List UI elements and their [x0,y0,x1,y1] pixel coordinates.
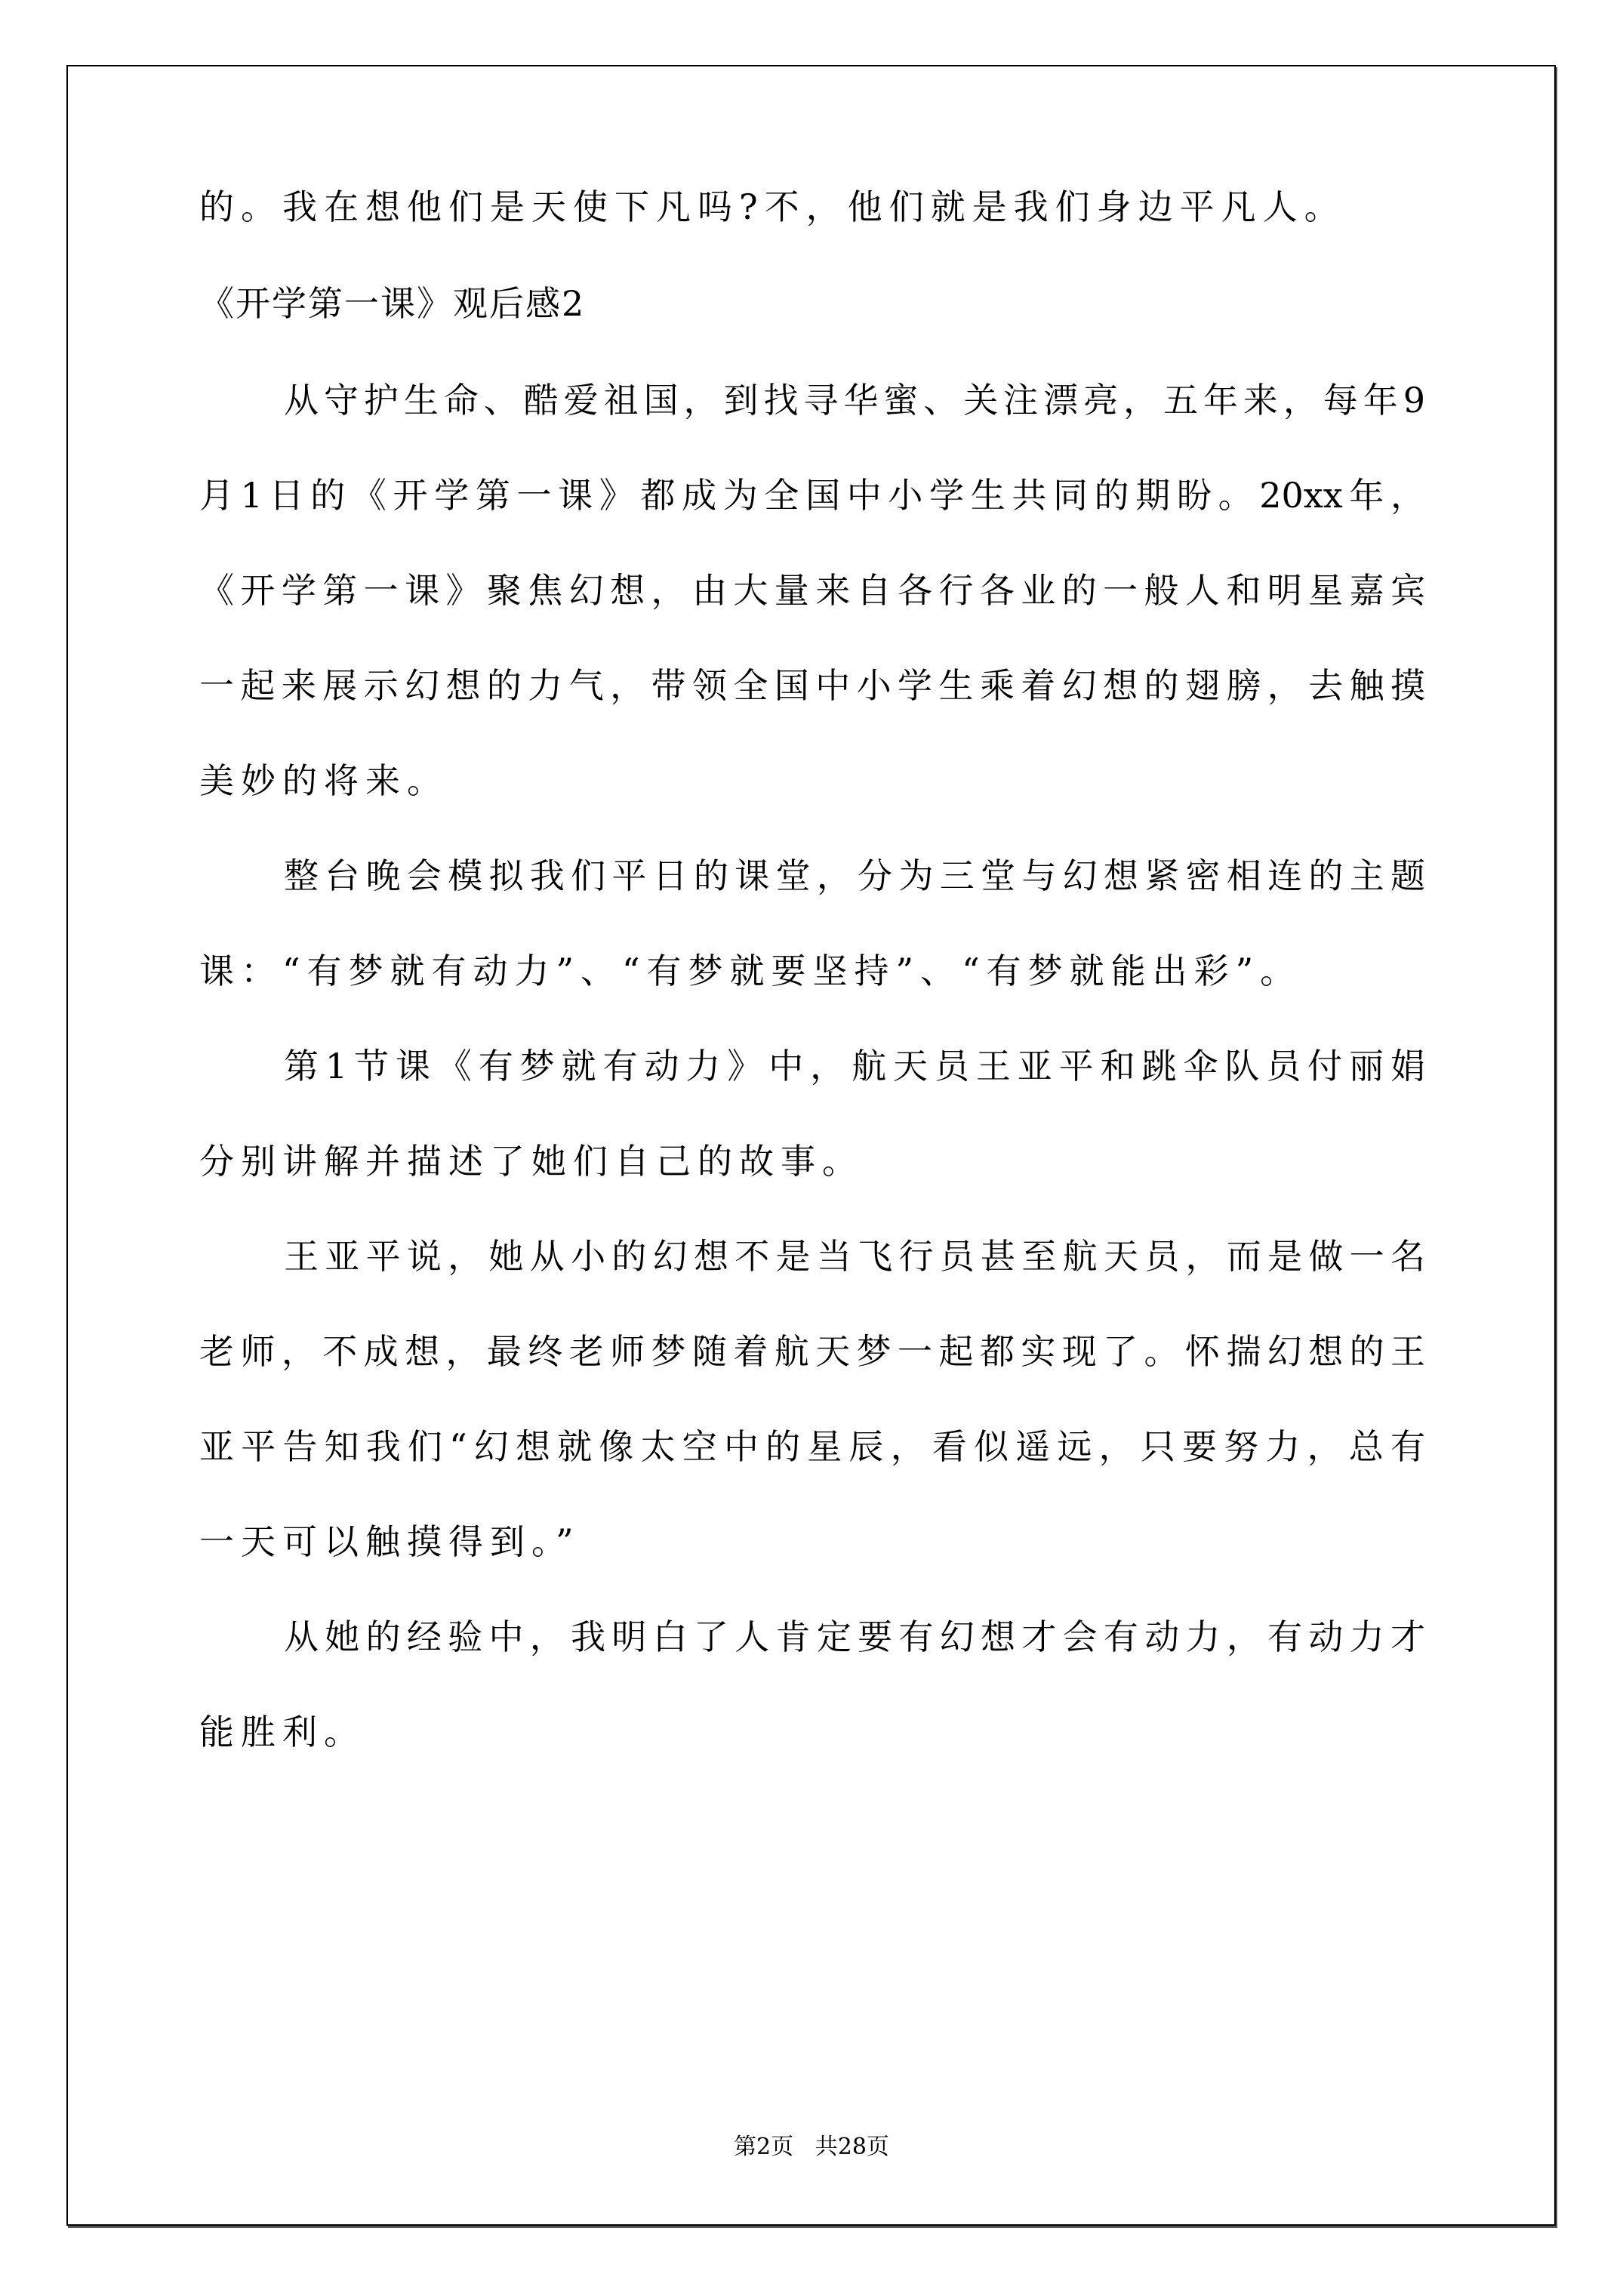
section-heading: 《开学第一课》观后感2 [199,285,585,322]
body-line-14: 一天可以触摸得到。” [199,1524,581,1560]
body-line-13: 亚平告知我们“幻想就像太空中的星辰，看似遥远，只要努力，总有 [199,1428,1425,1465]
body-line-6: 美妙的将来。 [199,763,448,799]
body-line-9: 第1节课《有梦就有动力》中，航天员王亚平和跳伞队员付丽娟 [199,1048,1425,1084]
body-line-4: 《开学第一课》聚焦幻想，由大量来自各行各业的一般人和明星嘉宾 [199,572,1425,609]
body-line-8: 课：“有梦就有动力”、“有梦就要坚持”、“有梦就能出彩”。 [199,953,1301,989]
body-line-15: 从她的经验中，我明白了人肯定要有幻想才会有动力，有动力才 [199,1619,1425,1655]
body-line-10: 分别讲解并描述了她们自己的故事。 [199,1143,864,1179]
body-line-3: 月1日的《开学第一课》都成为全国中小学生共同的期盼。20xx年， [199,477,1425,513]
page-number-footer: 第2页 共28页 [0,2135,1623,2159]
body-line-0: 的。我在想他们是天使下凡吗?不，他们就是我们身边平凡人。 [199,189,1346,225]
body-line-12: 老师，不成想，最终老师梦随着航天梦一起都实现了。怀揣幻想的王 [199,1333,1425,1370]
body-line-5: 一起来展示幻想的力气，带领全国中小学生乘着幻想的翅膀，去触摸 [199,667,1425,704]
body-line-11: 王亚平说，她从小的幻想不是当飞行员甚至航天员，而是做一名 [199,1238,1425,1274]
body-line-7: 整台晚会模拟我们平日的课堂，分为三堂与幻想紧密相连的主题 [199,858,1425,894]
body-line-16: 能胜利。 [199,1714,365,1750]
body-line-2: 从守护生命、酷爱祖国，到找寻华蜜、关注漂亮，五年来，每年9 [199,382,1425,418]
